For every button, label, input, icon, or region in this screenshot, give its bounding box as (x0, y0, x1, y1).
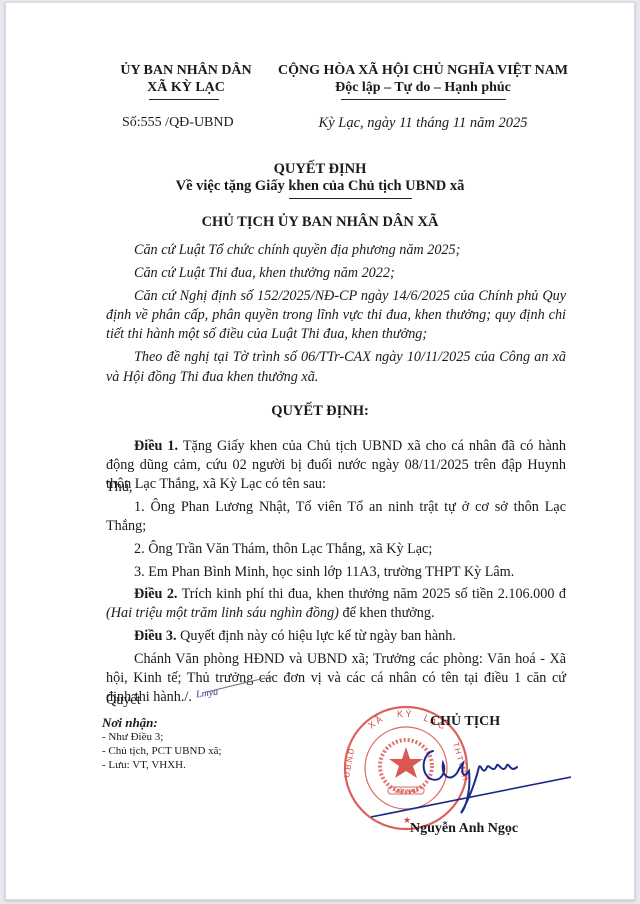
national-title: CỘNG HÒA XÃ HỘI CHỦ NGHĨA VIỆT NAM (278, 63, 568, 79)
decision-heading: QUYẾT ĐỊNH: (6, 403, 634, 420)
article-1-line: thôn Lạc Thắng, xã Kỳ Lạc có tên sau: (106, 473, 326, 495)
decision-subject: Về việc tặng Giấy khen của Chủ tịch UBND… (6, 178, 634, 195)
recipient-item: - Chủ tịch, PCT UBND xã; (102, 745, 222, 757)
place-date: Kỳ Lạc, ngày 11 tháng 11 năm 2025 (278, 115, 568, 132)
underline-title (289, 198, 412, 199)
awardee-item: Thắng; (106, 515, 146, 537)
awardee-item: 1. Ông Phan Lương Nhật, Tổ viên Tổ an ni… (134, 496, 566, 518)
basis-line: tiết thi hành một số điều của Luật Thi đ… (106, 323, 427, 345)
signer-name: Nguyễn Anh Ngọc (410, 821, 518, 837)
recipients-heading: Nơi nhận: (102, 715, 158, 731)
article-1-label: Điều 1. (134, 438, 178, 454)
svg-text:X Ã: X Ã (366, 714, 384, 731)
handwritten-signature-icon (371, 743, 571, 823)
decision-title: QUYẾT ĐỊNH (6, 161, 634, 178)
signer-title: CHỦ TỊCH (430, 714, 500, 730)
document-number: Số:555 /QĐ-UBND (122, 115, 234, 131)
underline-right (341, 99, 506, 100)
execution-line: định thi hành./. (106, 686, 192, 708)
basis-line: Căn cứ Luật Tổ chức chính quyền địa phươ… (134, 239, 460, 261)
recipient-item: - Lưu: VT, VHXH. (102, 759, 186, 771)
svg-text:K Ỳ: K Ỳ (397, 709, 412, 719)
issuing-authority: CHỦ TỊCH ỦY BAN NHÂN DÂN XÃ (6, 214, 634, 231)
basis-line: Theo đề nghị tại Tờ trình số 06/TTr-CAX … (134, 346, 566, 368)
initials-stroke (204, 675, 274, 695)
article-3-line: Điều 3. Quyết định này có hiệu lực kể từ… (134, 625, 456, 647)
national-motto: Độc lập – Tự do – Hạnh phúc (278, 80, 568, 96)
article-2-label: Điều 2. (134, 586, 177, 602)
svg-text:U.B.N.D: U.B.N.D (342, 748, 356, 779)
document-page: ỦY BAN NHÂN DÂN XÃ KỲ LẠC Số:555 /QĐ-UBN… (5, 2, 635, 900)
basis-line: và Hội đồng Thi đua khen thưởng xã. (106, 366, 318, 388)
awardee-item: 3. Em Phan Bình Minh, học sinh lớp 11A3,… (134, 561, 514, 583)
article-2-line: (Hai triệu một trăm linh sáu nghìn đồng)… (106, 602, 435, 624)
awardee-item: 2. Ông Trần Văn Thám, thôn Lạc Thắng, xã… (134, 538, 432, 560)
commune-name: XÃ KỲ LẠC (116, 80, 256, 96)
article-3-label: Điều 3. (134, 628, 177, 644)
underline-left (149, 99, 219, 100)
basis-line: Căn cứ Luật Thi đua, khen thưởng năm 202… (134, 262, 395, 284)
recipient-item: - Như Điều 3; (102, 731, 163, 743)
agency-name: ỦY BAN NHÂN DÂN (116, 63, 256, 79)
